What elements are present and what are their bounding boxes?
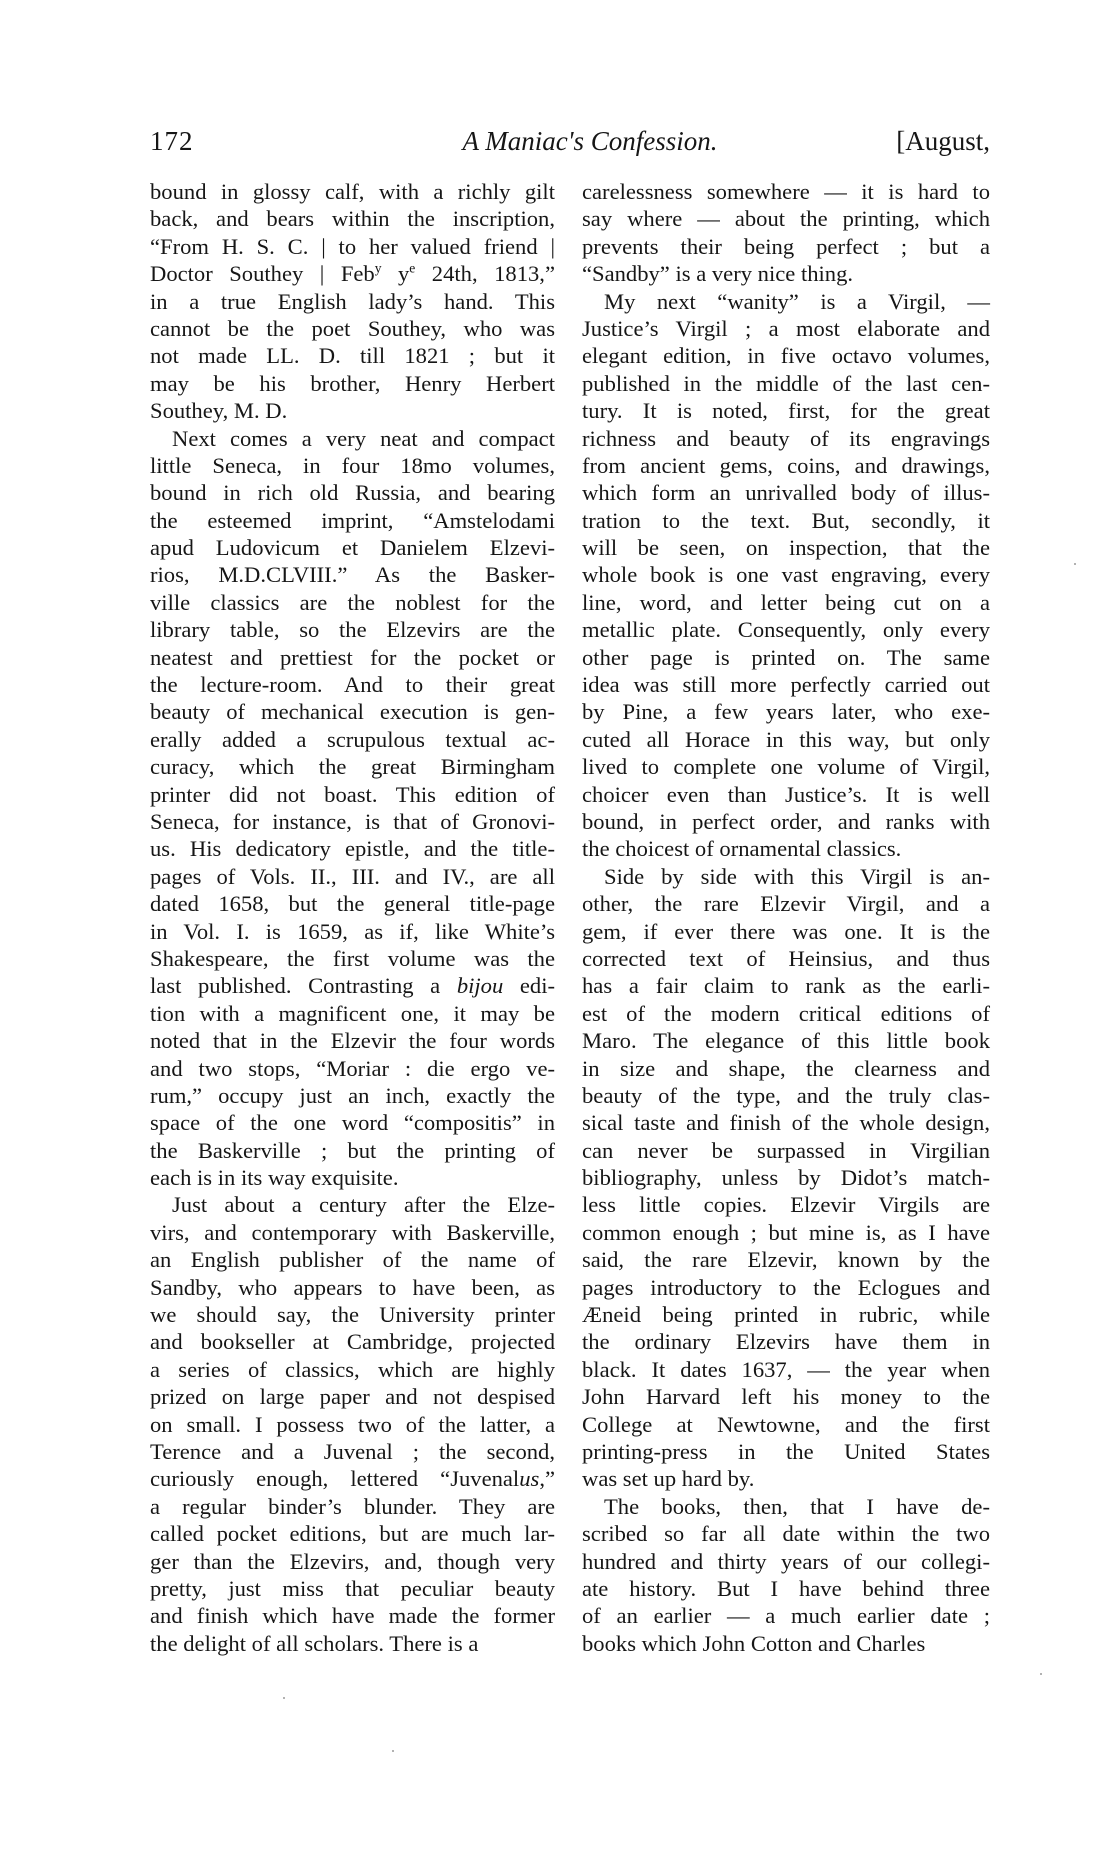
text-line: Doctor Southey | Feby ye 24th, 1813,” — [150, 260, 555, 287]
text-line: printer did not boast. This edition of — [150, 781, 555, 808]
italic-us: us — [519, 1466, 539, 1491]
text-line: we should say, the University printer — [150, 1301, 555, 1328]
text-line: a series of classics, which are highly — [150, 1356, 555, 1383]
text-line: printing-press in the United States — [582, 1438, 990, 1465]
text-line: the delight of all scholars. There is a — [150, 1630, 555, 1657]
text-line: pages introductory to the Eclogues and — [582, 1274, 990, 1301]
text-line: has a fair claim to rank as the earli- — [582, 972, 990, 999]
text-line: “From H. S. C. | to her valued friend | — [150, 233, 555, 260]
text-line: curacy, which the great Birmingham — [150, 753, 555, 780]
text-line: Sandby, who appears to have been, as — [150, 1274, 555, 1301]
text-line: pretty, just miss that peculiar beauty — [150, 1575, 555, 1602]
text-fragment: curiously enough, lettered “Juvenal — [150, 1466, 519, 1491]
scan-speck — [1074, 563, 1076, 565]
text-line: say where — about the printing, which — [582, 205, 990, 232]
text-line: elegant edition, in five octavo volumes, — [582, 342, 990, 369]
text-line: Next comes a very neat and compact — [150, 425, 555, 452]
text-line: noted that in the Elzevir the four words — [150, 1027, 555, 1054]
text-line: and two stops, “Moriar : die ergo ve- — [150, 1055, 555, 1082]
text-line: on small. I possess two of the latter, a — [150, 1411, 555, 1438]
text-line: books which John Cotton and Charles — [582, 1630, 990, 1657]
text-fragment: ,” — [539, 1466, 555, 1491]
text-line: gem, if ever there was one. It is the — [582, 918, 990, 945]
text-line: est of the modern critical editions of — [582, 1000, 990, 1027]
text-line: beauty of the type, and the truly clas- — [582, 1082, 990, 1109]
text-line: space of the one word “compositis” in — [150, 1109, 555, 1136]
text-line: library table, so the Elzevirs are the — [150, 616, 555, 643]
text-line: tration to the text. But, secondly, it — [582, 507, 990, 534]
text-line: the Baskerville ; but the printing of — [150, 1137, 555, 1164]
text-line: cuted all Horace in this way, but only — [582, 726, 990, 753]
text-line: The books, then, that I have de- — [582, 1493, 990, 1520]
text-line: line, word, and letter being cut on a — [582, 589, 990, 616]
text-line: an English publisher of the name of — [150, 1246, 555, 1273]
book-page: 172 A Maniac's Confession. [August, boun… — [0, 0, 1112, 1850]
text-line: Southey, M. D. — [150, 397, 555, 424]
text-line: and finish which have made the former — [150, 1602, 555, 1629]
text-line: and bookseller at Cambridge, projected — [150, 1328, 555, 1355]
text-line: Shakespeare, the first volume was the — [150, 945, 555, 972]
scan-speck — [392, 1750, 394, 1752]
text-line: bound, in perfect order, and ranks with — [582, 808, 990, 835]
text-line: virs, and contemporary with Baskerville, — [150, 1219, 555, 1246]
scan-speck — [1040, 1673, 1042, 1675]
text-line: each is in its way exquisite. — [150, 1164, 555, 1191]
text-line: ate history. But I have behind three — [582, 1575, 990, 1602]
text-line: bibliography, unless by Didot’s match- — [582, 1164, 990, 1191]
text-line: choicer even than Justice’s. It is well — [582, 781, 990, 808]
italic-bijou: bijou — [457, 973, 503, 998]
text-line: was set up hard by. — [582, 1465, 990, 1492]
text-line: Justice’s Virgil ; a most elaborate and — [582, 315, 990, 342]
text-line: ger than the Elzevirs, and, though very — [150, 1548, 555, 1575]
text-line: John Harvard left his money to the — [582, 1383, 990, 1410]
text-line: Terence and a Juvenal ; the second, — [150, 1438, 555, 1465]
text-line: prevents their being perfect ; but a — [582, 233, 990, 260]
text-line: may be his brother, Henry Herbert — [150, 370, 555, 397]
right-column: carelessness somewhere — it is hard tosa… — [582, 178, 990, 1657]
text-line: apud Ludovicum et Danielem Elzevi- — [150, 534, 555, 561]
text-line: metallic plate. Consequently, only every — [582, 616, 990, 643]
text-line: bound in rich old Russia, and bearing — [150, 479, 555, 506]
left-column: bound in glossy calf, with a richly gilt… — [150, 178, 555, 1657]
text-line: a regular binder’s blunder. They are — [150, 1493, 555, 1520]
text-line: in Vol. I. is 1659, as if, like White’s — [150, 918, 555, 945]
text-line: Side by side with this Virgil is an- — [582, 863, 990, 890]
text-line: tion with a magnificent one, it may be — [150, 1000, 555, 1027]
running-title: A Maniac's Confession. — [150, 124, 990, 158]
text-line: neatest and prettiest for the pocket or — [150, 644, 555, 671]
text-line: curiously enough, lettered “Juvenalus,” — [150, 1465, 555, 1492]
text-line: which form an unrivalled body of illus- — [582, 479, 990, 506]
text-line: common enough ; but mine is, as I have — [582, 1219, 990, 1246]
text-line: pages of Vols. II., III. and IV., are al… — [150, 863, 555, 890]
text-fragment: 24th, 1813,” — [415, 261, 555, 286]
text-line: can never be surpassed in Virgilian — [582, 1137, 990, 1164]
text-line: by Pine, a few years later, who exe- — [582, 698, 990, 725]
text-line: bound in glossy calf, with a richly gilt — [150, 178, 555, 205]
text-fragment: y — [375, 261, 382, 276]
running-month: [August, — [896, 124, 990, 158]
text-line: Just about a century after the Elze- — [150, 1191, 555, 1218]
text-line: the esteemed imprint, “Amstelodami — [150, 507, 555, 534]
text-line: corrected text of Heinsius, and thus — [582, 945, 990, 972]
text-line: lived to complete one volume of Virgil, — [582, 753, 990, 780]
text-line: not made LL. D. till 1821 ; but it — [150, 342, 555, 369]
text-line: carelessness somewhere — it is hard to — [582, 178, 990, 205]
text-line: sical taste and finish of the whole desi… — [582, 1109, 990, 1136]
text-line: whole book is one vast engraving, every — [582, 561, 990, 588]
text-line: beauty of mechanical execution is gen- — [150, 698, 555, 725]
text-line: in size and shape, the clearness and — [582, 1055, 990, 1082]
text-line: College at Newtowne, and the first — [582, 1411, 990, 1438]
text-line: back, and bears within the inscription, — [150, 205, 555, 232]
text-line: will be seen, on inspection, that the — [582, 534, 990, 561]
text-line: Seneca, for instance, is that of Gronovi… — [150, 808, 555, 835]
text-line: scribed so far all date within the two — [582, 1520, 990, 1547]
text-line: less little copies. Elzevir Virgils are — [582, 1191, 990, 1218]
text-line: idea was still more perfectly carried ou… — [582, 671, 990, 698]
text-line: other page is printed on. The same — [582, 644, 990, 671]
scan-speck — [283, 1697, 285, 1699]
text-line: richness and beauty of its engravings — [582, 425, 990, 452]
text-line: other, the rare Elzevir Virgil, and a — [582, 890, 990, 917]
text-line: the lecture-room. And to their great — [150, 671, 555, 698]
text-line: ville classics are the noblest for the — [150, 589, 555, 616]
text-line: said, the rare Elzevir, known by the — [582, 1246, 990, 1273]
text-line: dated 1658, but the general title-page — [150, 890, 555, 917]
text-line: My next “wanity” is a Virgil, — — [582, 288, 990, 315]
text-line: Maro. The elegance of this little book — [582, 1027, 990, 1054]
scan-speck — [170, 820, 172, 822]
text-line: “Sandby” is a very nice thing. — [582, 260, 990, 287]
text-line: of an earlier — a much earlier date ; — [582, 1602, 990, 1629]
text-line: published in the middle of the last cen- — [582, 370, 990, 397]
text-fragment: Doctor Southey | Feb — [150, 261, 375, 286]
text-line: tury. It is noted, first, for the great — [582, 397, 990, 424]
text-line: the ordinary Elzevirs have them in — [582, 1328, 990, 1355]
text-line: hundred and thirty years of our collegi- — [582, 1548, 990, 1575]
text-line: called pocket editions, but are much lar… — [150, 1520, 555, 1547]
text-line: prized on large paper and not despised — [150, 1383, 555, 1410]
text-line: us. His dedicatory epistle, and the titl… — [150, 835, 555, 862]
text-line: black. It dates 1637, — the year when — [582, 1356, 990, 1383]
text-line: rios, M.D.CLVIII.” As the Basker- — [150, 561, 555, 588]
text-line: in a true English lady’s hand. This — [150, 288, 555, 315]
text-fragment: last published. Contrasting a — [150, 973, 440, 998]
text-line: the choicest of ornamental classics. — [582, 835, 990, 862]
text-line: little Seneca, in four 18mo volumes, — [150, 452, 555, 479]
text-line: last published. Contrasting a bijou edi- — [150, 972, 555, 999]
text-line: erally added a scrupulous textual ac- — [150, 726, 555, 753]
text-fragment: y — [382, 261, 410, 286]
text-line: from ancient gems, coins, and drawings, — [582, 452, 990, 479]
text-line: cannot be the poet Southey, who was — [150, 315, 555, 342]
text-line: rum,” occupy just an inch, exactly the — [150, 1082, 555, 1109]
text-fragment: edi- — [503, 973, 555, 998]
running-head: 172 A Maniac's Confession. [August, — [150, 124, 990, 158]
text-line: Æneid being printed in rubric, while — [582, 1301, 990, 1328]
